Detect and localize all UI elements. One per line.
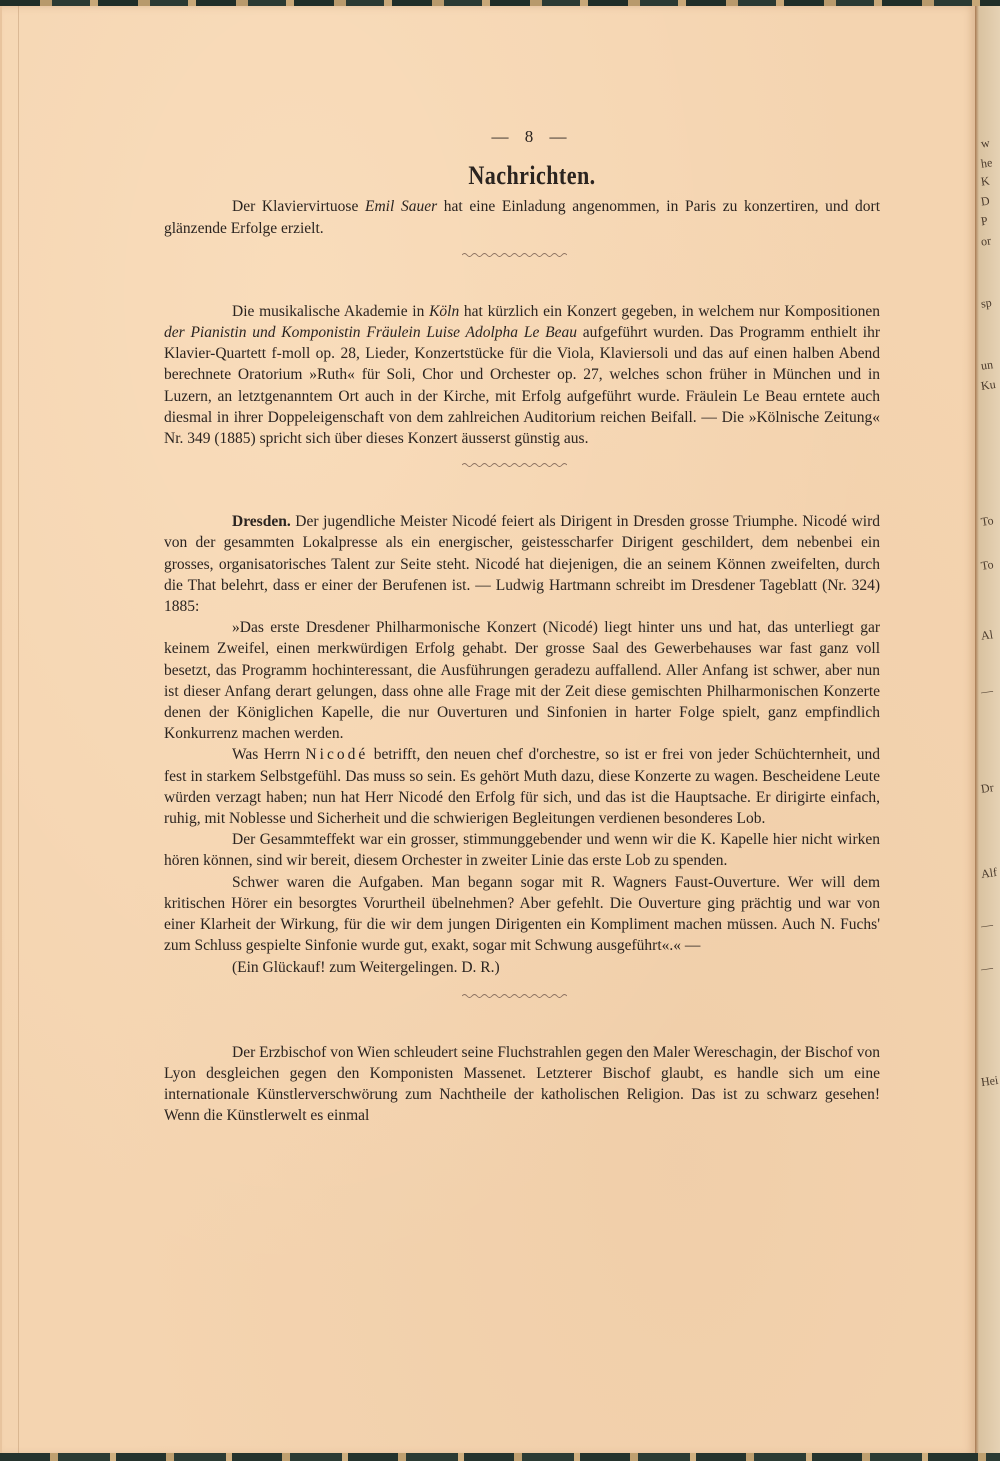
person-name: Nicodé xyxy=(305,746,368,763)
article-text: hat kürzlich ein Konzert gegeben, in wel… xyxy=(459,303,880,320)
wavy-separator xyxy=(462,992,567,1000)
article-dresden-paragraph: Schwer waren die Aufgaben. Man begann so… xyxy=(164,872,880,957)
article-dresden-intro: Dresden. Der jugendliche Meister Nicodé … xyxy=(164,511,880,617)
composer-name: der Pianistin und Komponistin Fräulein L… xyxy=(164,324,577,341)
adjacent-page-fragment: un xyxy=(980,357,994,374)
scanned-page: — 8 — Nachrichten. Der Klaviervirtuose E… xyxy=(0,6,977,1455)
article-dresden-paragraph: Der Gesammteffekt war ein grosser, stimm… xyxy=(164,829,880,871)
adjacent-page-fragment: — xyxy=(980,683,994,700)
adjacent-page-fragment: Dr xyxy=(980,780,995,797)
page-edge-line xyxy=(18,6,19,1455)
adjacent-page-fragment: w xyxy=(980,135,991,151)
adjacent-page-edge: wheKDPorspunKuToToAl—DrAlf——Hei xyxy=(975,6,1000,1455)
editorial-note: (Ein Glückauf! zum Weitergelingen. D. R.… xyxy=(164,957,880,978)
adjacent-page-fragment: — xyxy=(980,960,994,977)
adjacent-page-fragment: Hei xyxy=(980,1073,999,1090)
page-content: — 8 — Nachrichten. Der Klaviervirtuose E… xyxy=(164,126,880,1127)
adjacent-page-fragment: sp xyxy=(980,295,993,311)
article-dresden-quote: »Das erste Dresdener Philharmonische Kon… xyxy=(164,617,880,744)
page-title: Nachrichten. xyxy=(236,165,828,186)
adjacent-page-fragment: Alf xyxy=(980,865,998,882)
page-number: — 8 — xyxy=(184,126,880,147)
article-dresden-paragraph: Was Herrn Nicodé betrifft, den neuen che… xyxy=(164,744,880,829)
adjacent-page-fragment: Ku xyxy=(980,377,997,394)
adjacent-page-fragment: D xyxy=(980,193,991,209)
adjacent-page-fragment: To xyxy=(980,557,994,574)
article-text: Die musikalische Akademie in xyxy=(232,303,429,320)
article-sauer: Der Klaviervirtuose Emil Sauer hat eine … xyxy=(164,196,880,238)
person-name: Emil Sauer xyxy=(365,198,437,215)
book-binding-bottom xyxy=(0,1453,1000,1461)
adjacent-page-fragment: he xyxy=(980,155,993,171)
wavy-separator xyxy=(462,461,567,469)
adjacent-page-fragment: To xyxy=(980,513,994,530)
adjacent-page-fragment: or xyxy=(980,233,992,249)
article-koeln: Die musikalische Akademie in Köln hat kü… xyxy=(164,301,880,449)
article-text: Der Klaviervirtuose xyxy=(232,198,365,215)
article-text: aufgeführt wurden. Das Programm enthielt… xyxy=(164,324,880,447)
adjacent-page-fragment: K xyxy=(980,173,991,189)
city-name: Köln xyxy=(429,303,459,320)
article-erzbischof: Der Erzbischof von Wien schleudert seine… xyxy=(164,1042,880,1127)
dateline: Dresden. xyxy=(232,513,291,530)
article-text: Was Herrn xyxy=(232,746,305,763)
adjacent-page-fragment: P xyxy=(980,214,989,230)
adjacent-page-fragment: — xyxy=(980,917,994,934)
wavy-separator xyxy=(462,251,567,259)
adjacent-page-fragment: Al xyxy=(980,627,994,644)
